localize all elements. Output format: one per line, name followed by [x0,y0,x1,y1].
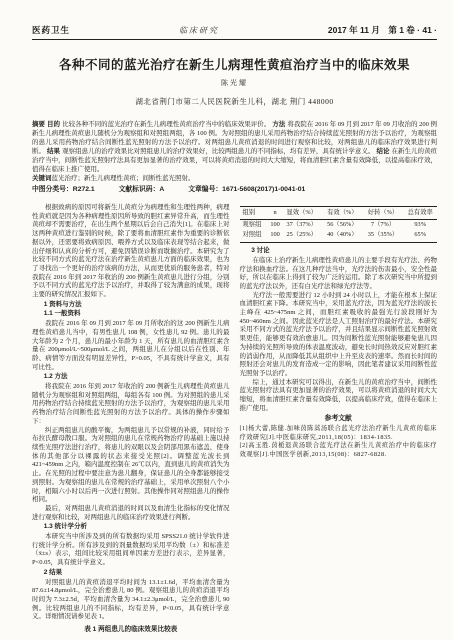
section-2-heading: 2 结果 [32,569,230,578]
journal-name: 医药卫生 [32,24,70,36]
article-body: 根据致病的原因可将新生儿黄疸分为病理性和生理性两种，病理性黄疸就是因为各种病理性… [32,204,437,635]
meta-line: 中图分类号：R272.1 文献标识码：A 文章编号：1671-5608(2017… [32,185,437,194]
keywords-text: 蓝光治疗；新生儿病理性黄疸；间断性蓝光照射。 [52,175,195,182]
col-header-effective: 有效（%） [322,207,363,220]
abstract-text: 摘要目的比较各种不同的蓝光治疗在新生儿病理性黄疸治疗当中的临床效果评价。方法将我… [32,120,437,174]
section-1-2-heading: 1.2 方法 [32,373,230,382]
issue-info: 2017 年 11 月 第 1 卷 · 41 · [328,24,437,36]
section-3-paragraph-3: 综上，通过本研究可以得出，在新生儿的黄疸治疗当中，间断性蓝光照射疗法具有更加显著… [240,379,438,414]
section-1-2-paragraph-1: 将我院在 2016 年到 2017 年收治的 200 例新生儿病理性黄疸患儿随机… [32,383,230,427]
left-column: 根据致病的原因可将新生儿黄疸分为病理性和生理性两种，病理性黄疸就是因为各种病理性… [32,204,230,635]
clc-number: 中图分类号：R272.1 [32,186,95,193]
article-id: 文章编号：1671-5608(2017)1-0041-01 [188,186,305,193]
table-row-control: 对照组 100 25（25%） 40（40%） 35（35%） 65% [240,230,438,242]
section-name: 临床研究 [179,25,219,36]
section-1-1-heading: 1.1 一般资料 [32,310,230,319]
keywords-label: 关键词 [32,175,52,182]
abstract-label: 摘要 [32,121,45,128]
intro-paragraph: 根据致病的原因可将新生儿黄疸分为病理性和生理性两种，病理性黄疸就是因为各种病理性… [32,204,230,300]
right-column: 组别 n 显效（%） 有效（%） 好转（%） 总有效率 观察组 100 37（3… [240,204,438,635]
references-heading: 参考文献 [240,415,438,424]
section-3-paragraph-2: 光疗法一般需要进行 12 小时到 24 小时以上，才能在根本上保证血清胆红素下降… [240,292,438,379]
table-header-row: 组别 n 显效（%） 有效（%） 好转（%） 总有效率 [240,207,438,220]
section-1-3-heading: 1.3 统计学分析 [32,523,230,532]
abstract-conclusion-label: 结论 [376,148,389,155]
col-header-improved: 好转（%） [363,207,404,220]
abstract-block: 摘要目的比较各种不同的蓝光治疗在新生儿病理性黄疸治疗当中的临床效果评价。方法将我… [32,120,437,194]
abstract-results-text: 观察组患儿的治疗效果比对照组患儿的治疗效果好，比较两组患儿的不同指标，均有差异，… [62,148,374,155]
table-caption: 表 1 两组患儿的临床效果比较表 [32,626,230,635]
results-table: 组别 n 显效（%） 有效（%） 好转（%） 总有效率 观察组 100 37（3… [240,206,438,243]
header-rule [32,39,437,40]
document-code: 文献标识码：A [119,186,165,193]
section-1-3-paragraph: 本研究当中所涉及到的所有数据均采用 SPSS21.0 统计学软件进行统计学分析。… [32,533,230,568]
clc-label: 中图分类号： [32,186,73,193]
section-1-2-paragraph-2: 纠正两组患儿的酸平衡，为两组患儿予以常规的补液，同时给予布拉氏酵母散口服。为对照… [32,427,230,505]
section-1-1-paragraph: 我院在 2016 年 09 月到 2017 年 09 月所收治的这 200 例新… [32,320,230,372]
section-3-paragraph-1: 在临床上治疗新生儿病理性黄疸患儿的主要手段有光疗法、药物疗法和换血疗法。在这几种… [240,257,438,292]
page-header: 医药卫生 临床研究 2017 年 11 月 第 1 卷 · 41 · [32,24,437,36]
abstract-methods-label: 方法 [272,121,285,128]
section-1-2-paragraph-3: 最后，对两组患儿黄疸消退的时间以及血清生化指标的变化情况进行观察和比较，对两组患… [32,505,230,522]
reference-2: [2]高玉胜.茵栀退黄汤联合蓝光疗法在新生儿黄疸治疗中的临床疗效观察[J].中国… [240,442,438,459]
section-2-paragraph: 对照组患儿的黄疸消退平均时间为 13.1±1.6d，平均血清含量为 87.6±1… [32,579,230,623]
col-header-marked-effect: 显效（%） [281,207,322,220]
section-1-heading: 1 资料与方法 [32,301,230,310]
abstract-objective-text: 比较各种不同的蓝光治疗在新生儿病理性黄疸治疗当中的临床效果评价。 [62,121,270,128]
author-affiliation: 湖北省荆门市第二人民医院新生儿科，湖北 荆门 448000 [32,96,437,107]
document-code-label: 文献标识码： [119,186,160,193]
article-title: 各种不同的蓝光治疗在新生儿病理性黄疸治疗当中的临床效果 [32,55,437,73]
author-name: 陈光耀 [32,78,437,88]
article-id-label: 文章编号： [188,186,222,193]
journal-page: 医药卫生 临床研究 2017 年 11 月 第 1 卷 · 41 · 各种不同的… [0,0,453,640]
reference-1: [1]杨大蕾,陈健.加味茵陈蒿汤联合蓝光疗法治疗新生儿黄疸的临床疗效研究[J].… [240,425,438,442]
table-row-observation: 观察组 100 37（37%） 56（56%） 7（7%） 93% [240,219,438,230]
col-header-total-rate: 总有效率 [403,207,437,220]
abstract-objective-label: 目的 [47,121,60,128]
abstract-results-label: 结果 [47,148,60,155]
col-header-group: 组别 [240,207,269,220]
col-header-n: n [269,207,282,220]
keywords-line: 关键词蓝光治疗；新生儿病理性黄疸；间断性蓝光照射。 [32,174,437,183]
section-3-heading: 3 讨论 [240,247,438,256]
